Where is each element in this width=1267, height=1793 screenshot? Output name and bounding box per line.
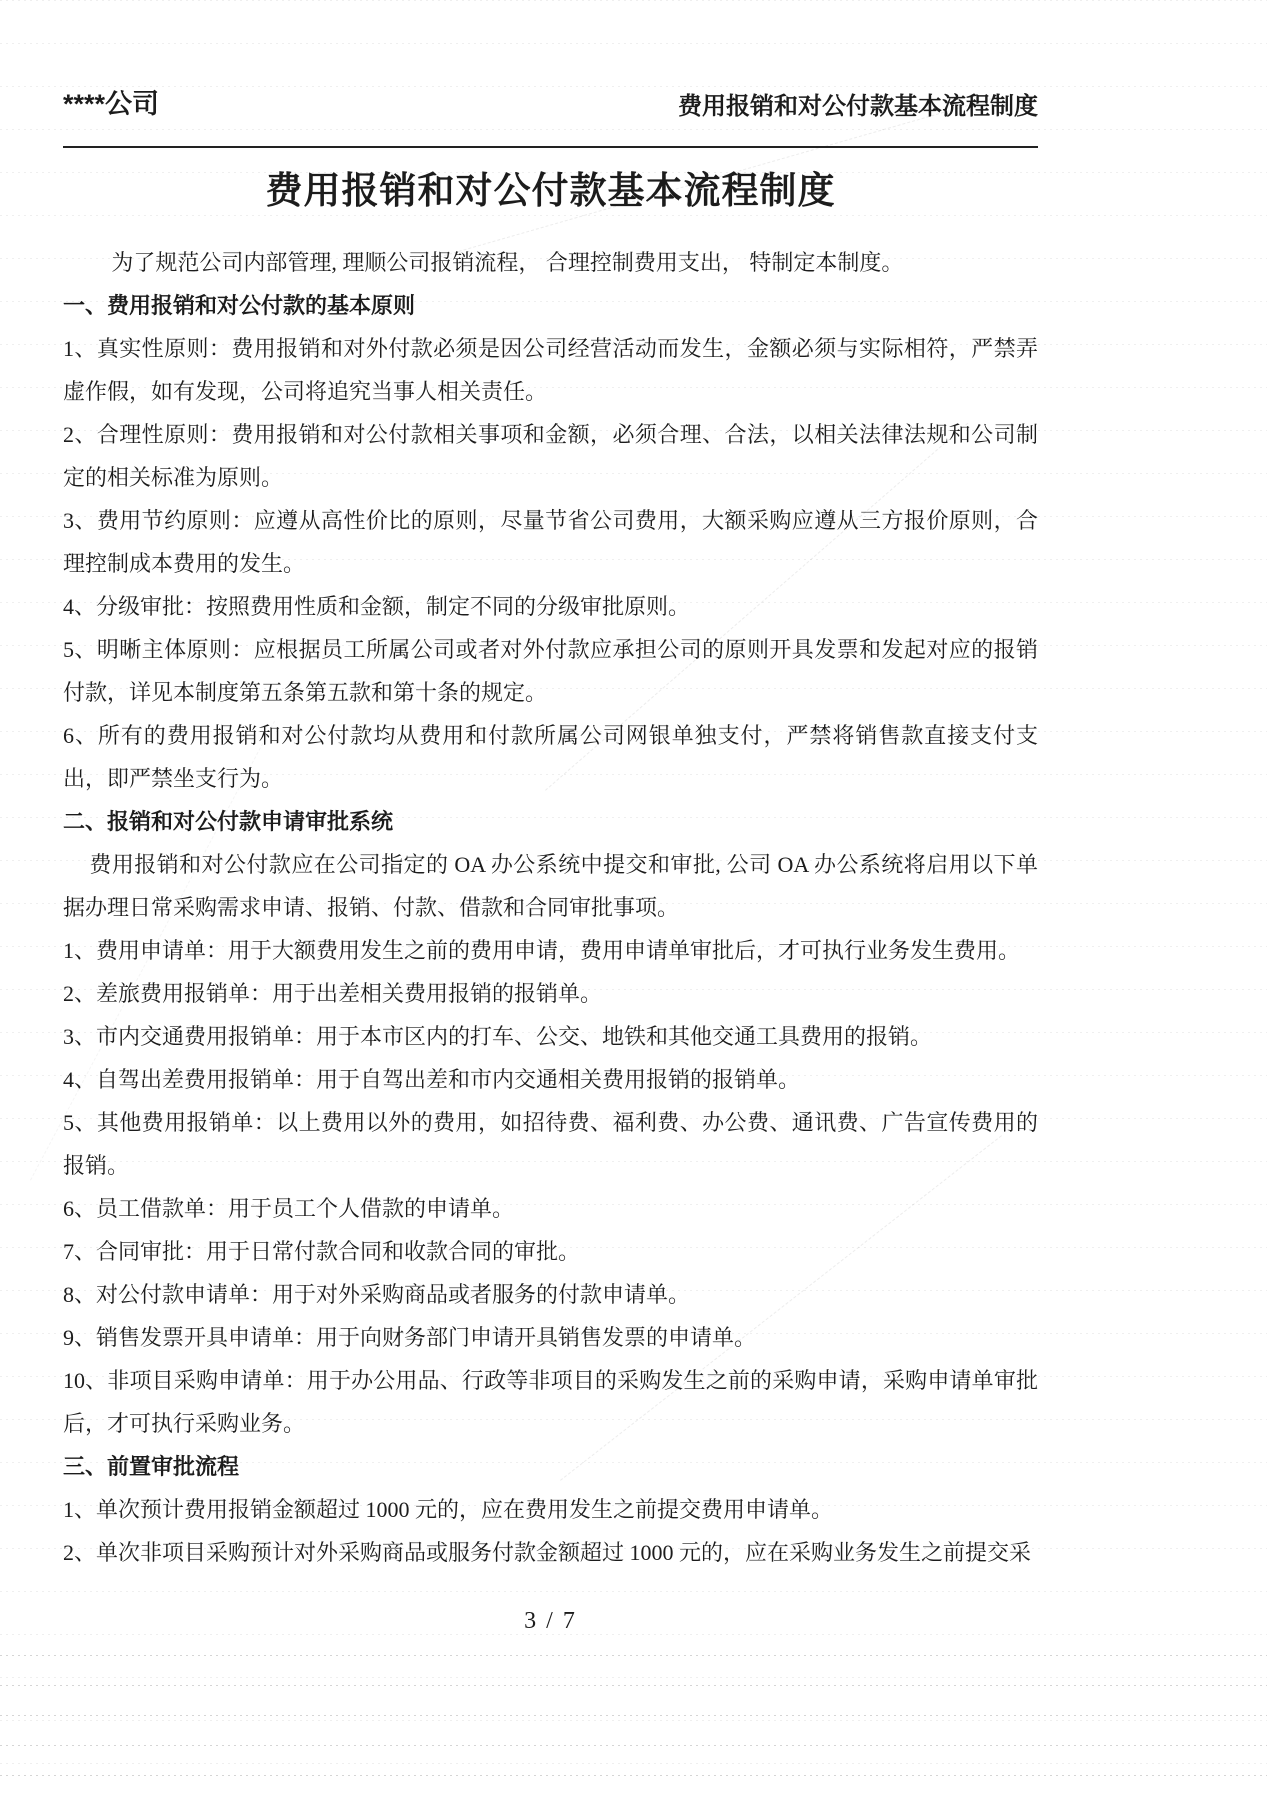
document-body: 为了规范公司内部管理, 理顺公司报销流程， 合理控制费用支出， 特制定本制度。一…: [63, 241, 1038, 1574]
page-header: ****公司 费用报销和对公付款基本流程制度: [63, 82, 1038, 121]
paragraph: 2、单次非项目采购预计对外采购商品或服务付款金额超过 1000 元的，应在采购业…: [63, 1531, 1038, 1574]
header-divider: [63, 146, 1038, 148]
paragraph: 6、员工借款单：用于员工个人借款的申请单。: [63, 1187, 1038, 1230]
section-heading: 二、报销和对公付款申请审批系统: [63, 800, 1038, 843]
paragraph: 2、合理性原则：费用报销和对公付款相关事项和金额，必须合理、合法，以相关法律法规…: [63, 413, 1038, 499]
paragraph: 6、所有的费用报销和对公付款均从费用和付款所属公司网银单独支付，严禁将销售款直接…: [63, 714, 1038, 800]
paragraph: 10、非项目采购申请单：用于办公用品、行政等非项目的采购发生之前的采购申请，采购…: [63, 1359, 1038, 1445]
paragraph: 4、分级审批：按照费用性质和金额，制定不同的分级审批原则。: [63, 585, 1038, 628]
scan-noise-footer-lines: [0, 1655, 1267, 1785]
header-document-title: 费用报销和对公付款基本流程制度: [678, 86, 1038, 121]
paragraph: 7、合同审批：用于日常付款合同和收款合同的审批。: [63, 1230, 1038, 1273]
paragraph: 4、自驾出差费用报销单：用于自驾出差和市内交通相关费用报销的报销单。: [63, 1058, 1038, 1101]
paragraph: 1、费用申请单：用于大额费用发生之前的费用申请，费用申请单审批后，才可执行业务发…: [63, 929, 1038, 972]
paragraph: 5、明晰主体原则：应根据员工所属公司或者对外付款应承担公司的原则开具发票和发起对…: [63, 628, 1038, 714]
document-title: 费用报销和对公付款基本流程制度: [63, 160, 1038, 214]
paragraph: 5、其他费用报销单：以上费用以外的费用，如招待费、福利费、办公费、通讯费、广告宣…: [63, 1101, 1038, 1187]
paragraph: 1、真实性原则：费用报销和对外付款必须是因公司经营活动而发生，金额必须与实际相符…: [63, 327, 1038, 413]
paragraph: 为了规范公司内部管理, 理顺公司报销流程， 合理控制费用支出， 特制定本制度。: [63, 241, 1038, 284]
paragraph: 9、销售发票开具申请单：用于向财务部门申请开具销售发票的申请单。: [63, 1316, 1038, 1359]
paragraph: 3、市内交通费用报销单：用于本市区内的打车、公交、地铁和其他交通工具费用的报销。: [63, 1015, 1038, 1058]
page-number: 3 / 7: [63, 1608, 1038, 1635]
document-page: ****公司 费用报销和对公付款基本流程制度 费用报销和对公付款基本流程制度 为…: [0, 0, 1267, 1793]
section-heading: 一、费用报销和对公付款的基本原则: [63, 284, 1038, 327]
section-heading: 三、前置审批流程: [63, 1445, 1038, 1488]
paragraph: 3、费用节约原则：应遵从高性价比的原则，尽量节省公司费用，大额采购应遵从三方报价…: [63, 499, 1038, 585]
paragraph: 2、差旅费用报销单：用于出差相关费用报销的报销单。: [63, 972, 1038, 1015]
paragraph: 费用报销和对公付款应在公司指定的 OA 办公系统中提交和审批, 公司 OA 办公…: [63, 843, 1038, 929]
paragraph: 8、对公付款申请单：用于对外采购商品或者服务的付款申请单。: [63, 1273, 1038, 1316]
paragraph: 1、单次预计费用报销金额超过 1000 元的，应在费用发生之前提交费用申请单。: [63, 1488, 1038, 1531]
company-name: ****公司: [63, 82, 159, 121]
